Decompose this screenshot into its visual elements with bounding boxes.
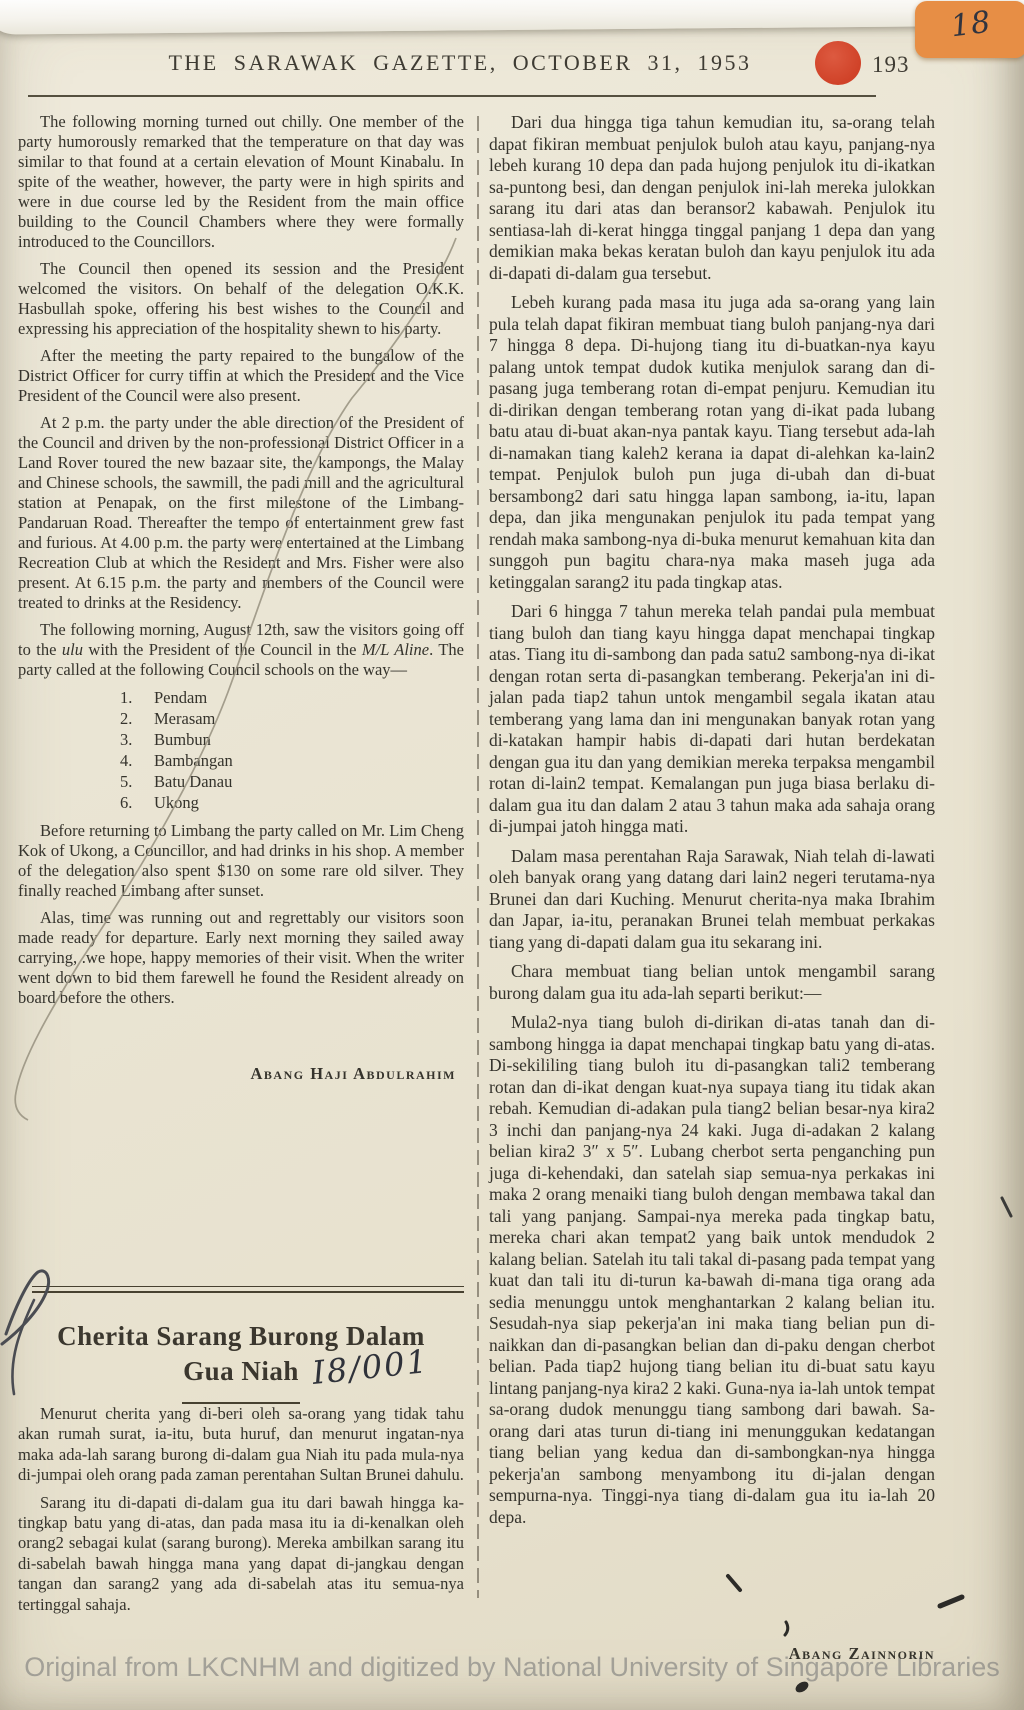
paragraph: The Council then opened its session and … — [18, 259, 464, 339]
ink-mark — [1002, 1198, 1011, 1216]
paragraph: Chara membuat tiang belian untok mengamb… — [489, 961, 935, 1004]
paragraph: Dari 6 hingga 7 tahun mereka telah panda… — [489, 601, 935, 838]
article-section: Cherita Sarang Burong Dalam Gua Niah I8/… — [18, 1286, 464, 1622]
paragraph: After the meeting the party repaired to … — [18, 346, 464, 406]
paragraph: Sarang itu di-dapati di-dalam gua itu da… — [18, 1493, 464, 1615]
ink-mark — [728, 1576, 740, 1590]
paragraph: At 2 p.m. the party under the able direc… — [18, 413, 464, 613]
list-item: 2.Merasam — [18, 708, 464, 729]
paragraph: Lebeh kurang pada masa itu juga ada sa-o… — [489, 292, 935, 593]
header-rule — [28, 95, 876, 97]
right-column: Dari dua hingga tiga tahun kemudian itu,… — [489, 112, 935, 1536]
list-item: 4.Bambangan — [18, 750, 464, 771]
ulu-italic: ulu — [62, 640, 83, 659]
author-signature: Abang Zainnorin — [489, 1644, 943, 1664]
page-title: THE SARAWAK GAZETTE, OCTOBER 31, 1953 — [120, 50, 800, 76]
ink-mark — [940, 1597, 962, 1606]
paragraph: Before returning to Limbang the party ca… — [18, 821, 464, 901]
page-tab-sticker: 18 — [915, 1, 1024, 58]
paragraph: Menurut cherita yang di-beri oleh sa-ora… — [18, 1404, 464, 1486]
list-item: 6.Ukong — [18, 792, 464, 813]
list-item: 5.Batu Danau — [18, 771, 464, 792]
list-item: 3.Bumbun — [18, 729, 464, 750]
boat-name-italic: M/L Aline — [362, 640, 429, 659]
paragraph: The following morning turned out chilly.… — [18, 112, 464, 252]
paragraph: The following morning, August 12th, saw … — [18, 620, 464, 680]
ink-mark — [785, 1622, 788, 1635]
paragraph: Mula2-nya tiang buloh di-dirikan di-atas… — [489, 1012, 935, 1528]
left-column: The following morning turned out chilly.… — [18, 112, 464, 1084]
paragraph: Alas, time was running out and regrettab… — [18, 908, 464, 1008]
paper-top-edge — [0, 0, 1024, 35]
council-schools-list: 1.Pendam 2.Merasam 3.Bumbun 4.Bambangan … — [18, 687, 464, 813]
red-dot-sticker — [815, 41, 861, 85]
page-number: 193 — [872, 52, 910, 78]
paragraph: Dari dua hingga tiga tahun kemudian itu,… — [489, 112, 935, 284]
author-signature: Abang Haji Abdulrahim — [18, 1064, 464, 1084]
paragraph: Dalam masa perentahan Raja Sarawak, Niah… — [489, 846, 935, 954]
tab-handwritten-number: 18 — [949, 5, 993, 45]
scanned-gazette-page: THE SARAWAK GAZETTE, OCTOBER 31, 1953 19… — [0, 0, 1024, 1710]
list-item: 1.Pendam — [18, 687, 464, 708]
section-divider-rule — [32, 1286, 464, 1293]
column-divider — [477, 116, 479, 1598]
